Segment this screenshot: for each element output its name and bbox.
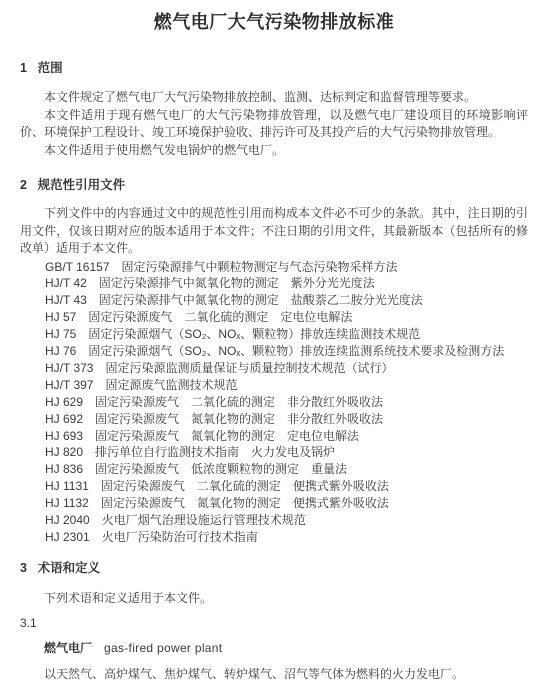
section-3-heading: 3术语和定义 — [20, 560, 528, 577]
term-entry: 燃气电厂gas-fired power plant — [20, 640, 528, 657]
reference-item: HJ/T 43固定污染源排气中氮氧化物的测定 盐酸萘乙二胺分光光度法 — [45, 292, 528, 309]
reference-item: HJ 693固定污染源废气 氮氧化物的测定 定电位电解法 — [45, 428, 528, 445]
reference-title: 火电厂污染防治可行技术指南 — [102, 530, 258, 544]
reference-title: 固定污染源监测质量保证与质量控制技术规范（试行） — [105, 361, 393, 375]
term-number: 3.1 — [20, 615, 528, 632]
reference-item: HJ 836固定污染源废气 低浓度颗粒物的测定 重量法 — [45, 461, 528, 478]
section-3-title: 术语和定义 — [38, 561, 101, 575]
reference-title: 固定污染源废气 氮氧化物的测定 便携式紫外吸收法 — [101, 496, 389, 510]
document-title: 燃气电厂大气污染物排放标准 — [20, 10, 528, 34]
reference-item: HJ/T 373固定污染源监测质量保证与质量控制技术规范（试行） — [45, 360, 528, 377]
section-normative-references: 2规范性引用文件 下列文件中的内容通过文中的规范性引用而构成本文件必不可少的条款… — [20, 177, 528, 546]
term-chinese: 燃气电厂 — [44, 641, 92, 655]
references-intro: 下列文件中的内容通过文中的规范性引用而构成本文件必不可少的条款。其中，注日期的引… — [20, 205, 528, 258]
reference-code: HJ 75 — [45, 326, 76, 343]
reference-code: HJ 629 — [45, 394, 83, 411]
scope-paragraph-1: 本文件规定了燃气电厂大气污染物排放控制、监测、达标判定和监督管理等要求。 — [20, 89, 528, 107]
reference-title: 固定污染源废气 二氧化硫的测定 非分散红外吸收法 — [95, 395, 383, 409]
reference-code: HJ 836 — [45, 461, 83, 478]
section-3-number: 3 — [20, 561, 27, 575]
section-2-number: 2 — [20, 178, 27, 192]
reference-code: HJ/T 42 — [45, 275, 87, 292]
reference-code: HJ 693 — [45, 428, 83, 445]
reference-title: 固定源废气监测技术规范 — [105, 378, 237, 392]
reference-title: 固定污染源排气中颗粒物测定与气态污染物采样方法 — [122, 260, 398, 274]
scope-paragraph-3: 本文件适用于使用燃气发电锅炉的燃气电厂。 — [20, 142, 528, 160]
scope-paragraph-2: 本文件适用于现有燃气电厂的大气污染物排放管理，以及燃气电厂建设项目的环境影响评价… — [20, 107, 528, 142]
reference-title: 固定污染源废气 二氧化硫的测定 便携式紫外吸收法 — [101, 479, 389, 493]
reference-title: 固定污染源烟气（SO₂、NOₓ、颗粒物）排放连续监测技术规范 — [88, 327, 420, 341]
document-page: 燃气电厂大气污染物排放标准 1范围 本文件规定了燃气电厂大气污染物排放控制、监测… — [0, 0, 548, 691]
reference-code: HJ/T 373 — [45, 360, 93, 377]
reference-title: 固定污染源排气中氮氧化物的测定 盐酸萘乙二胺分光光度法 — [99, 293, 423, 307]
reference-title: 固定污染源烟气（SO₂、NOₓ、颗粒物）排放连续监测系统技术要求及检测方法 — [88, 344, 504, 358]
reference-code: HJ 820 — [45, 444, 83, 461]
reference-code: HJ 692 — [45, 411, 83, 428]
section-2-title: 规范性引用文件 — [38, 178, 126, 192]
section-terms-definitions: 3术语和定义 下列术语和定义适用于本文件。 3.1 燃气电厂gas-fired … — [20, 560, 528, 684]
reference-code: HJ 2040 — [45, 512, 90, 529]
reference-title: 排污单位自行监测技术指南 火力发电及锅炉 — [95, 445, 335, 459]
reference-item: GB/T 16157固定污染源排气中颗粒物测定与气态污染物采样方法 — [45, 259, 528, 276]
reference-title: 火电厂烟气治理设施运行管理技术规范 — [102, 513, 306, 527]
reference-item: HJ 1132固定污染源废气 氮氧化物的测定 便携式紫外吸收法 — [45, 495, 528, 512]
section-scope: 1范围 本文件规定了燃气电厂大气污染物排放控制、监测、达标判定和监督管理等要求。… — [20, 60, 528, 159]
reference-code: HJ 57 — [45, 309, 76, 326]
reference-code: GB/T 16157 — [45, 259, 110, 276]
reference-item: HJ 76固定污染源烟气（SO₂、NOₓ、颗粒物）排放连续监测系统技术要求及检测… — [45, 343, 528, 360]
reference-code: HJ/T 397 — [45, 377, 93, 394]
reference-code: HJ 2301 — [45, 529, 90, 546]
reference-item: HJ/T 397固定源废气监测技术规范 — [45, 377, 528, 394]
reference-item: HJ 2040火电厂烟气治理设施运行管理技术规范 — [45, 512, 528, 529]
reference-title: 固定污染源排气中氮氧化物的测定 紫外分光光度法 — [99, 276, 375, 290]
reference-code: HJ 1131 — [45, 478, 89, 495]
reference-item: HJ 820排污单位自行监测技术指南 火力发电及锅炉 — [45, 444, 528, 461]
reference-list: GB/T 16157固定污染源排气中颗粒物测定与气态污染物采样方法 HJ/T 4… — [20, 259, 528, 546]
reference-item: HJ 1131固定污染源废气 二氧化硫的测定 便携式紫外吸收法 — [45, 478, 528, 495]
reference-title: 固定污染源废气 二氧化硫的测定 定电位电解法 — [88, 310, 352, 324]
section-2-heading: 2规范性引用文件 — [20, 177, 528, 194]
reference-item: HJ 2301火电厂污染防治可行技术指南 — [45, 529, 528, 546]
reference-code: HJ/T 43 — [45, 292, 87, 309]
reference-title: 固定污染源废气 氮氧化物的测定 非分散红外吸收法 — [95, 412, 383, 426]
section-1-number: 1 — [20, 61, 27, 75]
reference-item: HJ 692固定污染源废气 氮氧化物的测定 非分散红外吸收法 — [45, 411, 528, 428]
section-1-title: 范围 — [38, 61, 63, 75]
reference-item: HJ 57固定污染源废气 二氧化硫的测定 定电位电解法 — [45, 309, 528, 326]
reference-item: HJ/T 42固定污染源排气中氮氧化物的测定 紫外分光光度法 — [45, 275, 528, 292]
section-1-heading: 1范围 — [20, 60, 528, 77]
terms-intro: 下列术语和定义适用于本文件。 — [20, 590, 528, 608]
reference-code: HJ 76 — [45, 343, 76, 360]
reference-title: 固定污染源废气 氮氧化物的测定 定电位电解法 — [95, 429, 359, 443]
term-definition: 以天然气、高炉煤气、焦炉煤气、转炉煤气、沼气等气体为燃料的火力发电厂。 — [20, 666, 528, 684]
term-english: gas-fired power plant — [104, 641, 222, 655]
reference-title: 固定污染源废气 低浓度颗粒物的测定 重量法 — [95, 462, 347, 476]
reference-item: HJ 75固定污染源烟气（SO₂、NOₓ、颗粒物）排放连续监测技术规范 — [45, 326, 528, 343]
reference-code: HJ 1132 — [45, 495, 89, 512]
reference-item: HJ 629固定污染源废气 二氧化硫的测定 非分散红外吸收法 — [45, 394, 528, 411]
